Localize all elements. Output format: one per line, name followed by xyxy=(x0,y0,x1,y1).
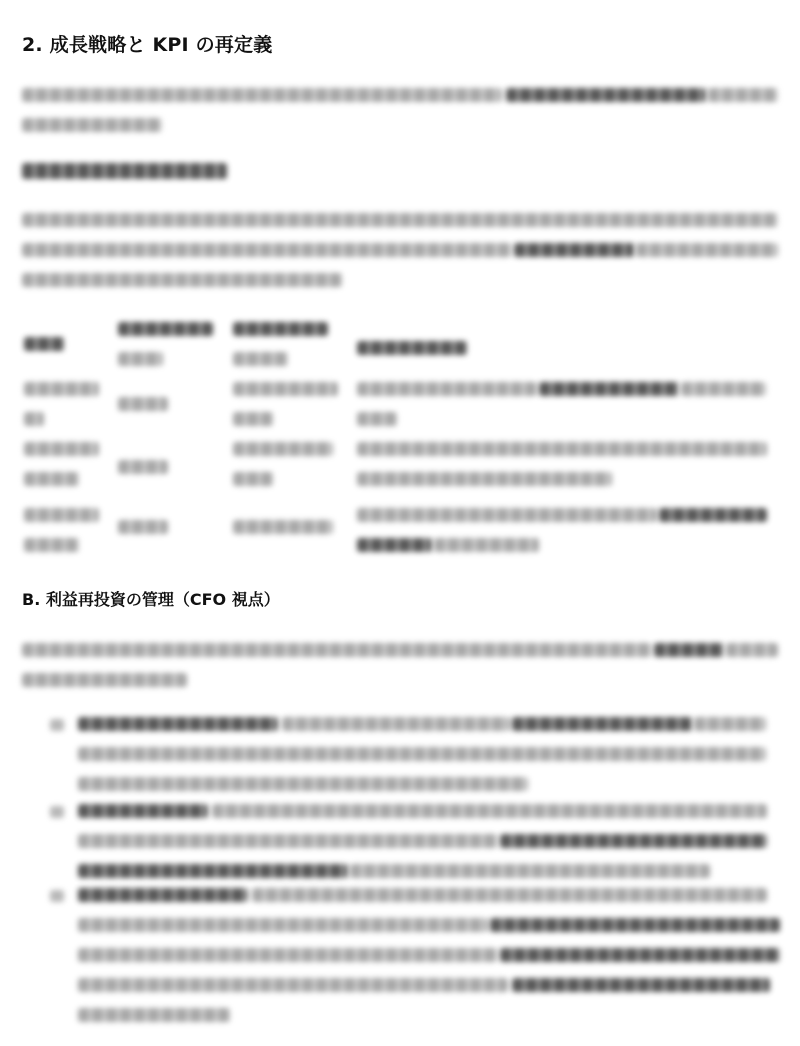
section-title: 2. 成長戦略と KPI の再定義 xyxy=(22,30,272,57)
subsection-a-title xyxy=(22,163,227,179)
subsection-b-title: B. 利益再投資の管理（CFO 視点） xyxy=(22,587,280,610)
